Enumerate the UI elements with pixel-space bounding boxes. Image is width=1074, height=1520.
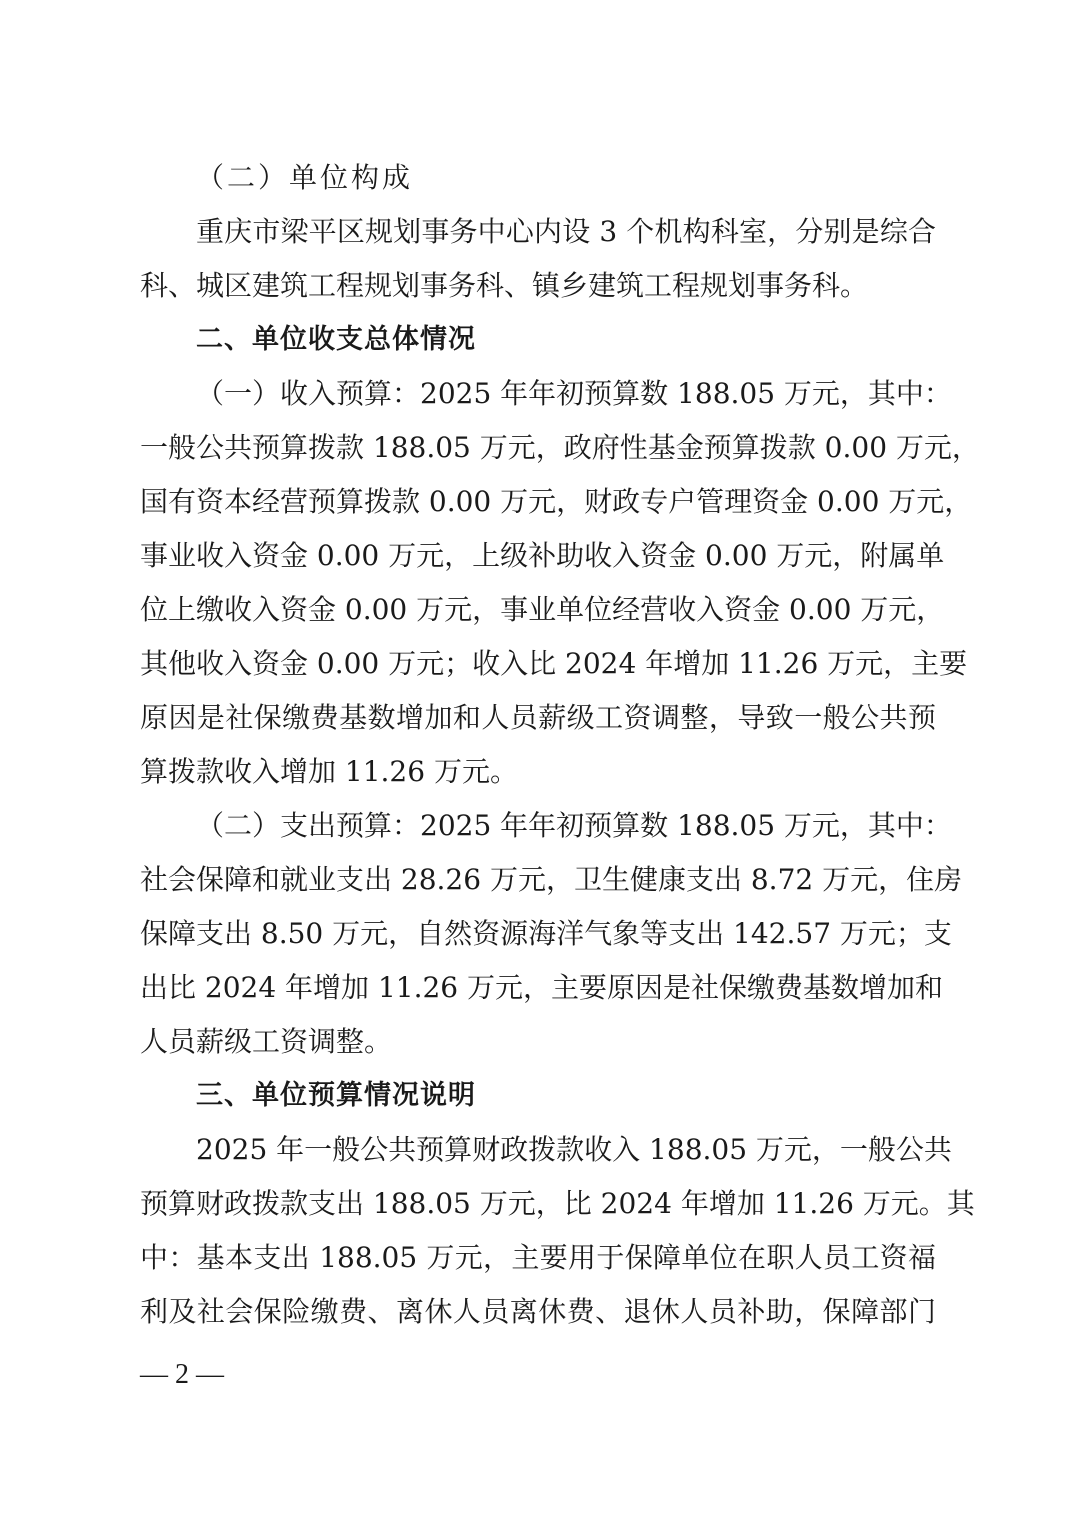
paragraph-line-budget: 利及社会保险缴费、离休人员离休费、退休人员补助，保障部门	[140, 1292, 936, 1332]
paragraph-line-income: 算拨款收入增加 11.26 万元。	[140, 752, 936, 792]
paragraph-line-expenditure: （二）支出预算：2025 年年初预算数 188.05 万元，其中：	[196, 806, 936, 846]
paragraph-line-income: 事业收入资金 0.00 万元，上级补助收入资金 0.00 万元，附属单	[140, 536, 936, 576]
section-heading-income-expenditure-overview: 二、单位收支总体情况	[196, 320, 476, 360]
paragraph-line-income: 位上缴收入资金 0.00 万元，事业单位经营收入资金 0.00 万元，	[140, 590, 936, 630]
document-page: （二）单位构成 重庆市梁平区规划事务中心内设 3 个机构科室，分别是综合 科、城…	[0, 0, 1074, 1520]
paragraph-line-expenditure: 保障支出 8.50 万元，自然资源海洋气象等支出 142.57 万元；支	[140, 914, 936, 954]
paragraph-line-income: 原因是社保缴费基数增加和人员薪级工资调整，导致一般公共预	[140, 698, 936, 738]
page-number: — 2 —	[140, 1357, 224, 1393]
paragraph-line-income: 其他收入资金 0.00 万元；收入比 2024 年增加 11.26 万元，主要	[140, 644, 936, 684]
paragraph-line-budget: 预算财政拨款支出 188.05 万元，比 2024 年增加 11.26 万元。其	[140, 1184, 936, 1224]
paragraph-line-income: （一）收入预算：2025 年年初预算数 188.05 万元，其中：	[196, 374, 936, 414]
paragraph-line-expenditure: 社会保障和就业支出 28.26 万元，卫生健康支出 8.72 万元，住房	[140, 860, 936, 900]
paragraph-line-expenditure: 出比 2024 年增加 11.26 万元，主要原因是社保缴费基数增加和	[140, 968, 936, 1008]
paragraph-line-income: 国有资本经营预算拨款 0.00 万元，财政专户管理资金 0.00 万元，	[140, 482, 936, 522]
paragraph-line: 科、城区建筑工程规划事务科、镇乡建筑工程规划事务科。	[140, 266, 936, 306]
paragraph-line-income: 一般公共预算拨款 188.05 万元，政府性基金预算拨款 0.00 万元，	[140, 428, 936, 468]
paragraph-line-expenditure: 人员薪级工资调整。	[140, 1022, 936, 1062]
subsection-title-unit-composition: （二）单位构成	[196, 158, 413, 198]
paragraph-line: 重庆市梁平区规划事务中心内设 3 个机构科室，分别是综合	[196, 212, 936, 252]
paragraph-line-budget: 2025 年一般公共预算财政拨款收入 188.05 万元，一般公共	[196, 1130, 936, 1170]
paragraph-line-budget: 中：基本支出 188.05 万元，主要用于保障单位在职人员工资福	[140, 1238, 936, 1278]
section-heading-budget-explanation: 三、单位预算情况说明	[196, 1076, 476, 1116]
